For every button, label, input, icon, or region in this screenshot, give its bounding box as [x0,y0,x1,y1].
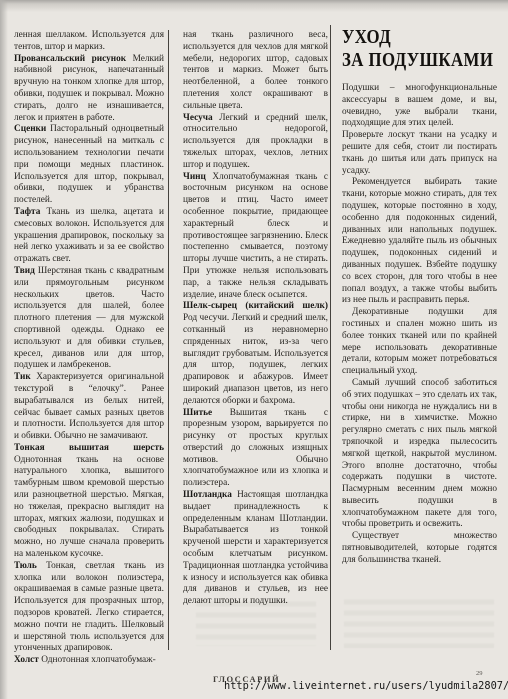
glossary-term: Сценки [14,124,50,134]
article-paragraph: Самый лучший способ заботиться об этих п… [342,378,497,531]
column-divider-1 [168,30,169,650]
article-title: УХОДЗА ПОДУШКАМИ [342,26,472,72]
article-title-line1: УХОД [342,26,391,48]
article-title-line2: ЗА ПОДУШКАМИ [342,49,493,71]
glossary-term: Шелк-сырец (китайский шелк) [183,301,328,311]
glossary-term: Провансальский рисунок [14,54,133,64]
glossary-entry: Шотландка Настоящая шотландка выдает при… [183,490,328,608]
article-paragraph: Подушки – многофункциональные аксессуары… [342,83,497,130]
glossary-column-2: ная ткань различного веса, используется … [183,30,328,608]
glossary-term: Чинц [183,172,212,182]
glossary-term: Тафта [14,207,46,217]
watermark-url: http://www.liveinternet.ru/users/lyudmil… [224,680,508,692]
glossary-term: Твид [14,266,38,276]
glossary-entry: Тюль Тонкая, светлая ткань из хлопка или… [14,561,164,655]
article-paragraph: Рекомендуется выбирать такие ткани, кото… [342,177,497,307]
glossary-entry: Холст Однотонная хлопчатобумаж- [14,655,164,667]
article-paragraph: Декоративные подушки для гостиных и спал… [342,307,497,378]
column-divider-2 [330,25,331,650]
glossary-entry: Сценки Пасторальный одноцветный рисунок,… [14,124,164,207]
glossary-entry: Тонкая вышитая шерсть Однотонная ткань н… [14,443,164,561]
glossary-entry: ная ткань различного веса, используется … [183,30,328,113]
glossary-term: Шотландка [183,490,237,500]
glossary-term: Тонкая вышитая шерсть [14,443,164,453]
glossary-term: Чесуча [183,113,219,123]
glossary-entry: Провансальский рисунок Мелкий набивной р… [14,54,164,125]
glossary-column-1: ленная шеллаком. Используется для тентов… [14,30,164,667]
scanned-book-page: ленная шеллаком. Используется для тентов… [0,0,508,699]
article-paragraph: Существует множество пятновыводителей, к… [342,531,497,566]
glossary-entry: Тафта Ткань из шелка, ацетата и смесовых… [14,207,164,266]
glossary-entry: ленная шеллаком. Используется для тентов… [14,30,164,54]
glossary-entry: Шелк-сырец (китайский шелк) Род чесучи. … [183,301,328,407]
glossary-term: Тюль [14,561,46,571]
glossary-entry: Шитье Вышитая ткань с прорезным узором, … [183,408,328,491]
article-column: УХОДЗА ПОДУШКАМИ Подушки – многофункцион… [342,26,497,567]
page-number: 29 [476,670,483,677]
glossary-entry: Твид Шерстяная ткань с квадратным или пр… [14,266,164,372]
article-paragraph: Проверьте лоскут ткани на усадку и решит… [342,130,497,177]
glossary-entry: Чесуча Легкий и средний шелк, относитель… [183,113,328,172]
glossary-entry: Тик Характеризуется оригинальной текстур… [14,372,164,443]
glossary-term: Шитье [183,408,230,418]
glossary-entry: Чинц Хлопчатобумажная ткань с восточным … [183,172,328,302]
glossary-term: Тик [14,372,36,382]
article-body: Подушки – многофункциональные аксессуары… [342,83,497,567]
page-bleed-through [344,596,494,648]
glossary-term: Холст [14,655,41,665]
